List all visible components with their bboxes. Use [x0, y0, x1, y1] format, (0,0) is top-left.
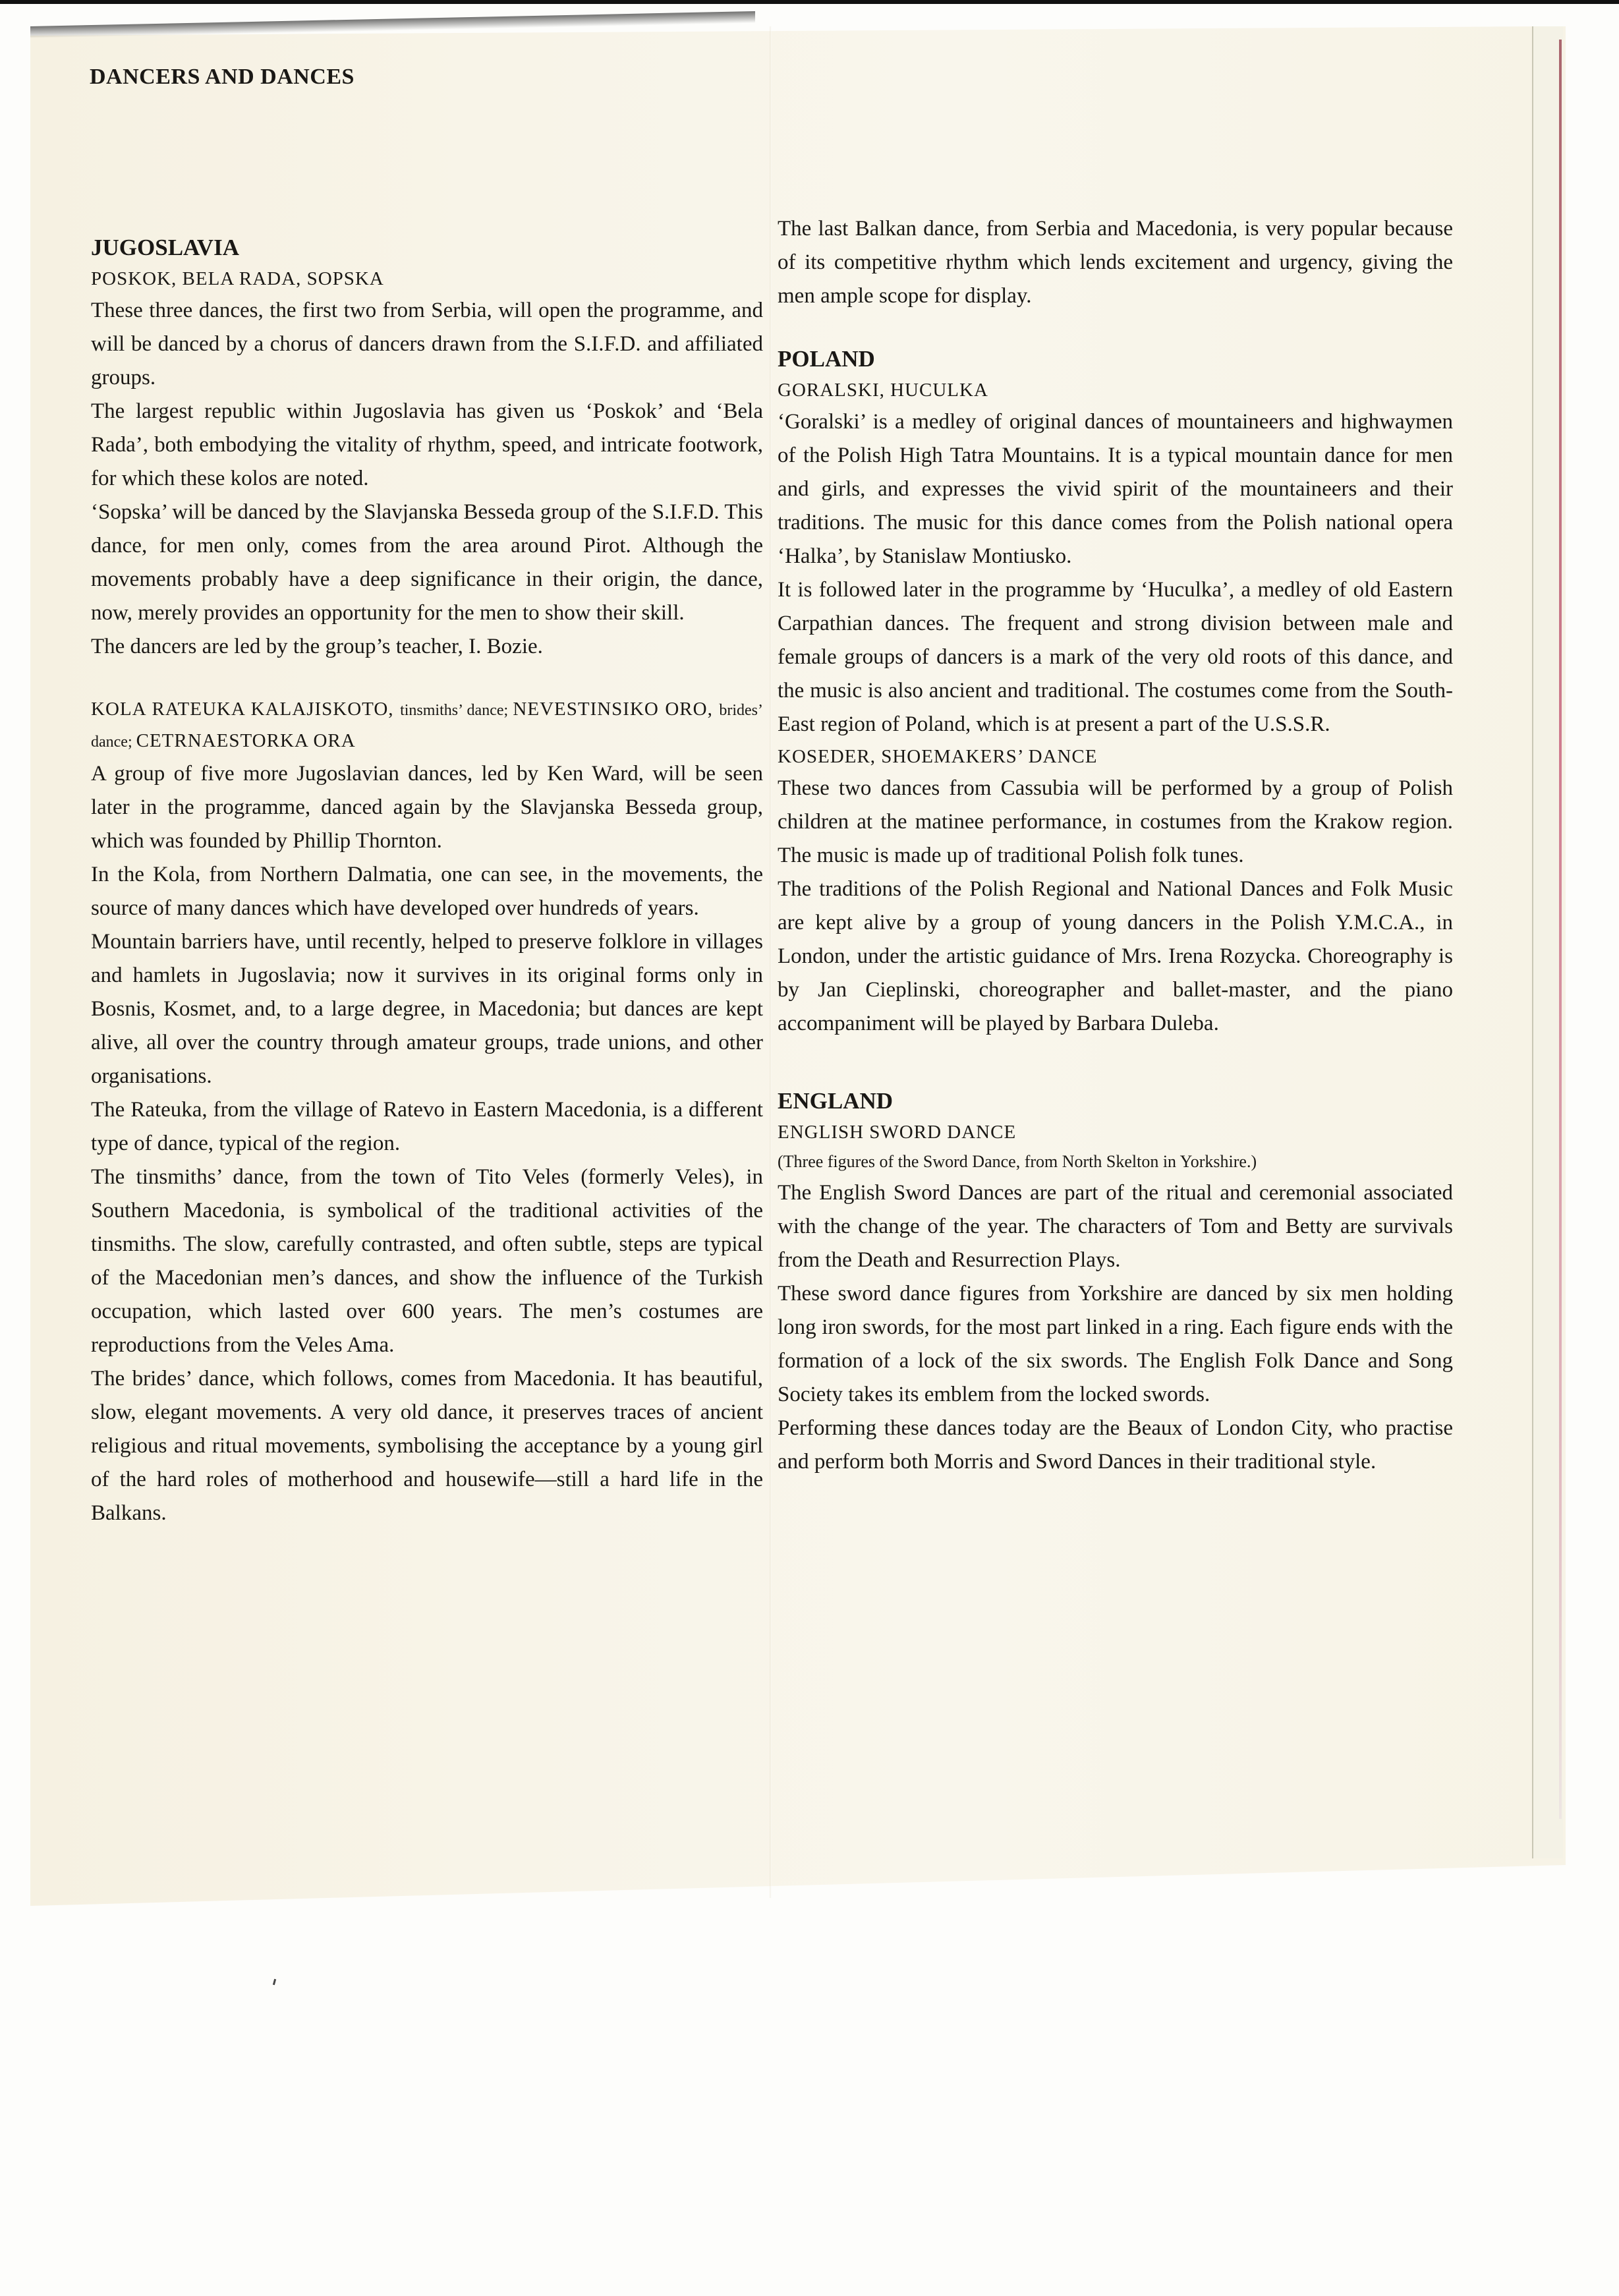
dance-name: NEVESTINSIKO ORO, [513, 699, 719, 720]
dance-names: GORALSKI, HUCULKA [778, 375, 1453, 405]
dance-name: CETRNAESTORKA ORA [136, 730, 356, 751]
paragraph: The last Balkan dance, from Serbia and M… [778, 212, 1453, 313]
section-title: POLAND [778, 343, 1453, 375]
paragraph: The dancers are led by the group’s teach… [91, 630, 763, 664]
paragraph: Mountain barriers have, until recently, … [91, 925, 763, 1093]
left-column: JUGOSLAVIA POSKOK, BELA RADA, SOPSKA The… [91, 232, 763, 1530]
paragraph: The brides’ dance, which follows, comes … [91, 1362, 763, 1530]
section-poland: POLAND GORALSKI, HUCULKA ‘Goralski’ is a… [778, 343, 1453, 1041]
paragraph: A group of five more Jugoslavian dances,… [91, 757, 763, 858]
dance-names: KOLA RATEUKA KALAJISKOTO, tinsmiths’ dan… [91, 694, 763, 757]
section-jugoslavia: JUGOSLAVIA POSKOK, BELA RADA, SOPSKA The… [91, 232, 763, 664]
dance-names: POSKOK, BELA RADA, SOPSKA [91, 264, 763, 294]
paragraph: The Rateuka, from the village of Ratevo … [91, 1093, 763, 1161]
caption: (Three figures of the Sword Dance, from … [778, 1147, 1453, 1176]
paragraph: The tinsmiths’ dance, from the town of T… [91, 1161, 763, 1362]
page-fold [770, 26, 772, 1898]
paragraph: These two dances from Cassubia will be p… [778, 772, 1453, 873]
section-title: ENGLAND [778, 1085, 1453, 1117]
binding-color-edge [1559, 40, 1562, 1819]
paragraph: Performing these dances today are the Be… [778, 1412, 1453, 1479]
paragraph: These sword dance figures from Yorkshire… [778, 1277, 1453, 1412]
dance-name: KOLA RATEUKA KALAJISKOTO, [91, 699, 400, 720]
dance-gloss: tinsmiths’ dance; [400, 702, 513, 719]
section-england: ENGLAND ENGLISH SWORD DANCE (Three figur… [778, 1085, 1453, 1479]
paragraph: These three dances, the first two from S… [91, 294, 763, 395]
paragraph: ‘Sopska’ will be danced by the Slavjansk… [91, 496, 763, 630]
dance-names: KOSEDER, SHOEMAKERS’ DANCE [778, 741, 1453, 772]
paragraph: ‘Goralski’ is a medley of original dance… [778, 405, 1453, 573]
paragraph: The English Sword Dances are part of the… [778, 1176, 1453, 1277]
scan-border [0, 0, 1619, 4]
paragraph: It is followed later in the programme by… [778, 573, 1453, 741]
section-kola-group: KOLA RATEUKA KALAJISKOTO, tinsmiths’ dan… [91, 694, 763, 1530]
dance-names: ENGLISH SWORD DANCE [778, 1117, 1453, 1147]
paragraph: The largest republic within Jugoslavia h… [91, 395, 763, 496]
running-head: DANCERS AND DANCES [90, 65, 355, 90]
binding-strip [1532, 26, 1563, 1858]
right-column: The last Balkan dance, from Serbia and M… [778, 212, 1453, 1479]
section-title: JUGOSLAVIA [91, 232, 763, 264]
scan-speck [273, 1979, 276, 1985]
paragraph: The traditions of the Polish Regional an… [778, 873, 1453, 1041]
paragraph: In the Kola, from Northern Dalmatia, one… [91, 858, 763, 925]
